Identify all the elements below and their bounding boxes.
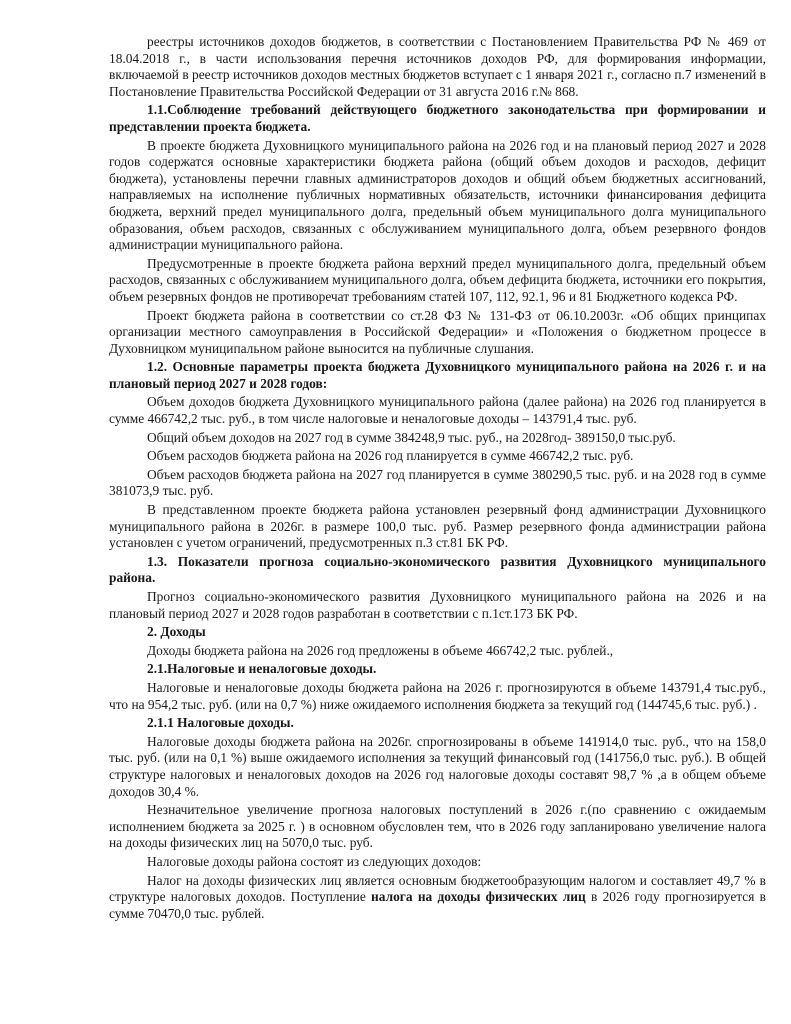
paragraph: Налоговые и неналоговые доходы бюджета р… (109, 680, 766, 713)
paragraph: В проекте бюджета Духовницкого муниципал… (109, 138, 766, 254)
paragraph: Объем доходов бюджета Духовницкого муниц… (109, 394, 766, 427)
section-heading: 2.1.Налоговые и неналоговые доходы. (109, 661, 766, 678)
paragraph: Незначительное увеличение прогноза налог… (109, 802, 766, 852)
paragraph: Объем расходов бюджета района на 2026 го… (109, 448, 766, 465)
section-heading: 1.2. Основные параметры проекта бюджета … (109, 359, 766, 392)
paragraph: Доходы бюджета района на 2026 год предло… (109, 643, 766, 660)
document-body: реестры источников доходов бюджетов, в с… (109, 34, 766, 871)
paragraph: реестры источников доходов бюджетов, в с… (109, 34, 766, 100)
section-heading: 2. Доходы (109, 624, 766, 641)
paragraph: Объем расходов бюджета района на 2027 го… (109, 467, 766, 500)
paragraph: Предусмотренные в проекте бюджета района… (109, 256, 766, 306)
section-heading: 1.1.Соблюдение требований действующего б… (109, 102, 766, 135)
paragraph: Проект бюджета района в соответствии со … (109, 308, 766, 358)
section-heading: 1.3. Показатели прогноза социально-эконо… (109, 554, 766, 587)
paragraph: Общий объем доходов на 2027 год в сумме … (109, 430, 766, 447)
paragraph: Прогноз социально-экономического развити… (109, 589, 766, 622)
bold-phrase: налога на доходы физических лиц (371, 889, 586, 904)
document-page: реестры источников доходов бюджетов, в с… (109, 34, 766, 924)
paragraph: Налоговые доходы района состоят из следу… (109, 854, 766, 871)
paragraph: Налоговые доходы бюджета района на 2026г… (109, 734, 766, 800)
paragraph: В представленном проекте бюджета района … (109, 502, 766, 552)
paragraph-ndfl: Налог на доходы физических лиц является … (109, 873, 766, 923)
section-heading: 2.1.1 Налоговые доходы. (109, 715, 766, 732)
